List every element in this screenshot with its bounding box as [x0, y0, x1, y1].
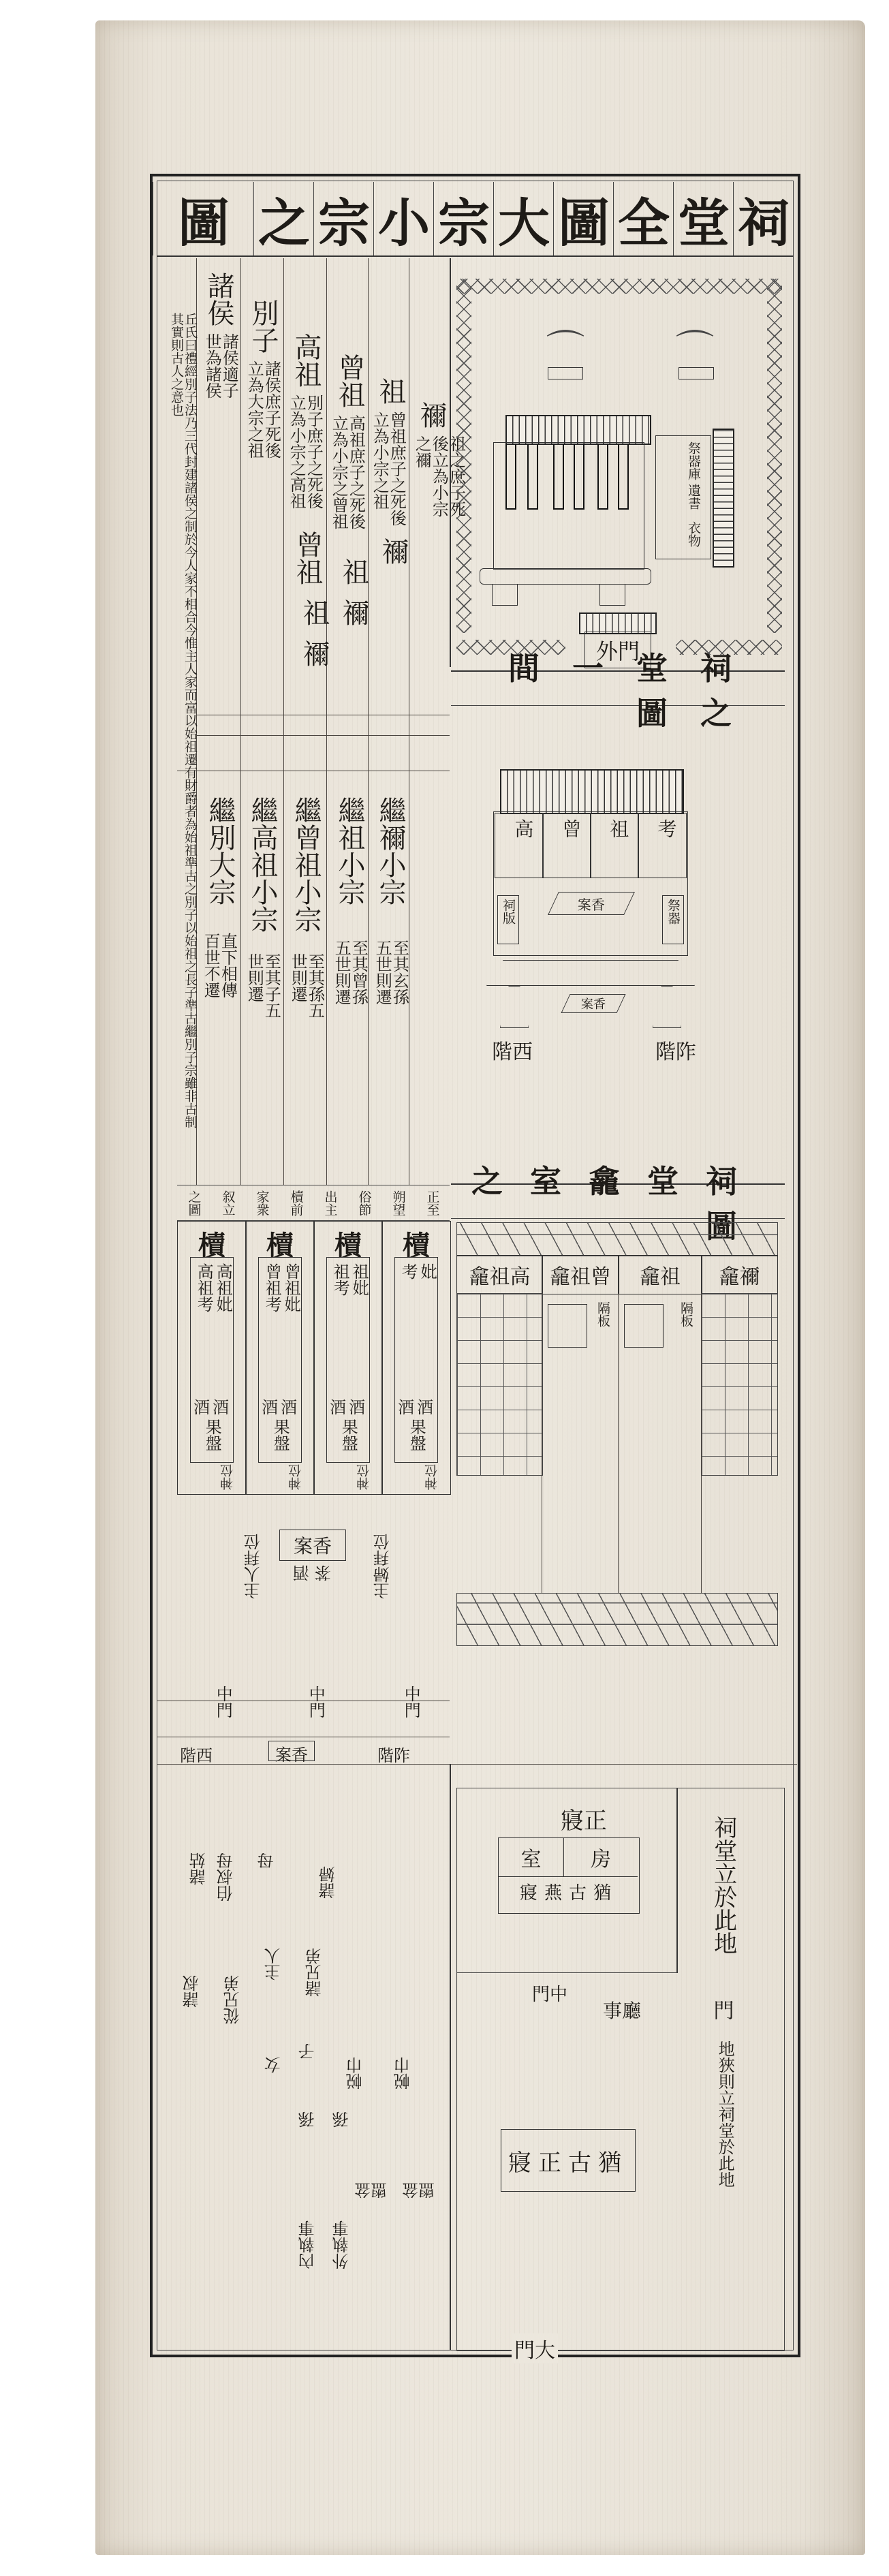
incense-table-label: 香案	[578, 894, 605, 914]
hostess-position: 主婦拜位	[375, 1534, 392, 1599]
ancestor-name: 祖考	[331, 1263, 348, 1296]
roof	[500, 769, 684, 814]
niche-zu: 祖龕	[618, 1255, 702, 1294]
succession-note: 至其玄孫五世則遷	[373, 940, 407, 1014]
succession-note: 至其子五世則遷	[245, 953, 279, 1028]
main-gate: 大門	[512, 2333, 558, 2363]
side-label: 衣物	[686, 521, 700, 547]
offering-fruit: 果盤	[271, 1418, 288, 1451]
header-phrase: 家衆	[253, 1190, 272, 1216]
offering-wine: 酒	[398, 1394, 414, 1418]
main-hall-label: 正寢	[518, 1802, 607, 1835]
side-building: 祭器庫 遺書 衣物	[655, 435, 711, 559]
side-roof	[713, 429, 734, 568]
offering-wine: 酒	[417, 1394, 433, 1418]
header-phrase: 叙立	[219, 1190, 238, 1216]
niche-room-title: 祠堂龕室之圖	[451, 1183, 785, 1219]
succession-title: 繼別大宗	[206, 796, 234, 912]
residence-plan: 正寢 室 房 猶古燕寢 祠堂立於此地 門 地狹則立祠堂於此地 中門 廳事 猶古正…	[456, 1788, 785, 2351]
tablet-kao: 考	[656, 819, 676, 838]
title-char: 之	[253, 182, 314, 255]
men-row-item: 諸叔	[184, 1975, 201, 2008]
chair-icon	[624, 1304, 664, 1348]
grandchild: 孫	[334, 2111, 351, 2128]
title-char: 大	[493, 182, 554, 255]
chain-char: 禰	[300, 640, 328, 667]
casket: 櫝 高祖妣 高祖考 酒 酒 果盤 神位	[177, 1221, 247, 1495]
niche-gaozu: 高祖龕	[456, 1255, 543, 1294]
incense-label: 香案	[294, 1532, 332, 1559]
offering-wine: 酒	[330, 1394, 346, 1418]
platform	[486, 960, 695, 986]
niche-zengzu: 曾祖龕	[542, 1255, 619, 1294]
side-cabinet-right: 祭器	[666, 899, 679, 925]
header-phrase: 之圖	[185, 1190, 204, 1216]
east-steps: 阼階	[655, 1035, 696, 1065]
casket: 櫝 曾祖妣 曾祖考 酒 酒 果盤 神位	[245, 1221, 315, 1495]
ceiling-lattice	[456, 1222, 778, 1256]
middle-gate: 中門	[307, 1686, 324, 1718]
partition-board: 隔板	[595, 1301, 609, 1327]
succession-note: 至其曾孫五世則遷	[332, 940, 366, 1014]
one-bay-shrine: 高 曾 祖 考 香案 祠版 祭器 香案 西階 阼階	[451, 708, 785, 1076]
caskets-row: 櫝 高祖妣 高祖考 酒 酒 果盤 神位 櫝 曾祖妣 曾祖考 酒 酒 果盤 神位 …	[177, 1220, 450, 1521]
wash-basin: 盥盆	[402, 2179, 435, 2203]
niche-ni: 禰龕	[701, 1255, 778, 1294]
chain-char: 祖	[300, 599, 328, 626]
room-fang: 房	[564, 1838, 638, 1877]
tablet-zengzu: 曾	[561, 819, 580, 838]
main-chamber-box: 猶古正寢	[501, 2129, 636, 2192]
women-row-item: 諸姑	[191, 1852, 208, 1885]
incense-table-box: 香案	[279, 1530, 346, 1561]
incense-table: 香案	[548, 892, 635, 915]
column-head-ni: 禰	[417, 401, 446, 429]
title-char: 全	[613, 182, 674, 255]
chain-char: 禰	[379, 538, 407, 565]
women-row-item: 諸婦	[320, 1866, 337, 1899]
shrine-here-note: 祠堂立於此地	[711, 1816, 735, 1955]
lattice-door-right	[701, 1293, 778, 1476]
column-note: 別子庶子之死後立為小宗之高祖	[287, 394, 322, 524]
offering-fruit: 果盤	[339, 1418, 356, 1451]
west-steps-shape	[500, 986, 529, 1028]
succession-title: 繼禰小宗	[376, 796, 405, 919]
succession-title: 繼高祖小宗	[248, 796, 277, 946]
spirit-position: 神位	[290, 1464, 303, 1490]
spirit-position: 神位	[221, 1464, 235, 1490]
spirit-position: 神位	[358, 1464, 371, 1490]
offering-fruit: 果盤	[407, 1418, 424, 1451]
column-head-biezi: 別子	[249, 299, 277, 354]
succession-note: 直下相傳百世不遷	[202, 933, 236, 1008]
one-bay-title: 祠堂一間之圖	[451, 670, 785, 706]
niche-label: 曾祖龕	[550, 1260, 611, 1290]
family-assembly: 諸姑 伯叔母 母 諸婦 諸叔 從兄弟 主人 諸兄弟 女 子 帨巾 帨巾 孫 孫 …	[163, 1771, 450, 2329]
youth-row-item: 帨巾	[395, 2057, 412, 2090]
ancestor-name: 曾祖妣	[282, 1263, 299, 1312]
offering-wine: 酒	[213, 1394, 229, 1418]
succession-title: 繼祖小宗	[335, 796, 364, 919]
column-note: 諸侯適子世為諸侯	[203, 333, 237, 401]
casket: 櫝 妣 考 酒 酒 果盤 神位	[381, 1221, 451, 1495]
pine-tree-icon: ⌒	[546, 320, 584, 374]
spirit-position: 神位	[426, 1464, 439, 1490]
header-phrase: 正至	[424, 1190, 442, 1216]
lower-incense-table: 香案	[561, 994, 625, 1013]
niche-room: 高祖龕 曾祖龕 祖龕 禰龕 隔板 隔板	[456, 1222, 781, 1655]
youth-row-item: 子	[300, 2043, 317, 2060]
offering-wine: 酒	[281, 1394, 297, 1418]
ancestor-name: 曾祖考	[263, 1263, 280, 1312]
west-steps: 西階	[492, 1035, 533, 1065]
women-row-item: 母	[259, 1852, 276, 1869]
header-phrase: 俗節	[356, 1190, 374, 1216]
east-steps-shape	[653, 986, 681, 1028]
ritual-header: 正至 朔望 俗節 出主 櫝前 家衆 叙立 之圖	[177, 1185, 450, 1221]
niche-label: 祖龕	[640, 1260, 681, 1290]
men-row-item: 諸兄弟	[307, 1948, 324, 1997]
casket: 櫝 祖妣 祖考 酒 酒 果盤 神位	[313, 1221, 383, 1495]
west-steps-bottom: 西階	[180, 1742, 213, 1766]
full-shrine-view: ⌒ ⌒ 祭器庫 遺書 衣物 外門	[450, 258, 788, 667]
header-phrase: 櫝前	[287, 1190, 306, 1216]
title-bar: 祠 堂 全 圖 大 宗 小 宗 之 圖	[157, 182, 794, 257]
note-column: 丘氏曰禮經別子法乃三代封建諸侯之制於今人家不相合今惟主人家而富以始祖遷有財爵者為…	[169, 313, 196, 1130]
chain-char: 曾祖	[293, 531, 322, 585]
middle-gate: 中門	[214, 1686, 231, 1718]
title-char: 堂	[673, 182, 734, 255]
women-row-item: 伯叔母	[218, 1852, 235, 1902]
title-char: 宗	[313, 182, 374, 255]
succession-note: 至其孫五世則遷	[289, 953, 323, 1028]
tree-planter	[679, 367, 714, 379]
title-char: 祠	[733, 182, 794, 255]
column-note: 高祖庶子之死後立為小宗之曾祖	[330, 415, 364, 544]
side-label: 遺書	[686, 484, 700, 510]
main-chamber-label: 猶古正寢	[508, 2144, 628, 2177]
niche-label: 禰龕	[719, 1260, 760, 1290]
partition-board: 隔板	[679, 1301, 692, 1327]
tablet-gaozu: 高	[513, 819, 533, 838]
lattice-door-left	[456, 1293, 543, 1476]
side-label: 祭器庫	[686, 441, 700, 480]
ancestor-name: 高祖考	[195, 1263, 212, 1312]
offering-wine: 酒	[262, 1394, 278, 1418]
grandchild: 孫	[300, 2111, 317, 2128]
offering-wine: 酒	[349, 1394, 365, 1418]
attendant: 外執事	[334, 2220, 351, 2269]
men-row-item: 主人	[266, 1948, 283, 1981]
shrine-platform	[480, 568, 651, 585]
ancestor-name: 妣	[418, 1263, 435, 1279]
title-char: 宗	[433, 182, 494, 255]
column-head-gaozu: 高祖	[292, 333, 320, 388]
ancestor-name: 祖妣	[350, 1263, 367, 1296]
tablet-zu: 祖	[608, 819, 628, 838]
offering-fruit: 果盤	[203, 1418, 220, 1451]
lower-table-label: 香案	[581, 995, 606, 1012]
title-char: 圖	[553, 182, 614, 255]
east-steps-bottom: 阼階	[377, 1742, 410, 1766]
header-phrase: 出主	[322, 1190, 340, 1216]
chain-char: 祖	[339, 558, 368, 585]
column-head-zu: 祖	[376, 377, 405, 405]
column-head-zhuhou: 諸侯	[204, 272, 233, 326]
tea-wine: 茶 酒	[293, 1562, 331, 1586]
host-position: 主人拜位	[245, 1534, 262, 1599]
offering-wine: 酒	[193, 1394, 210, 1418]
title-char: 小	[373, 182, 434, 255]
attendant: 內執事	[300, 2220, 317, 2269]
column-note: 曾祖庶子之死後立為小宗之祖	[371, 412, 405, 534]
title-char: 圖	[153, 182, 254, 255]
room-shi: 室	[499, 1838, 564, 1877]
middle-gate: 中門	[402, 1686, 419, 1718]
willow-tree-icon: ⌒	[676, 320, 714, 374]
shrine-roof	[505, 415, 651, 445]
chair-icon	[548, 1304, 587, 1348]
ancestor-name: 高祖妣	[214, 1263, 231, 1312]
side-cabinet-left: 祠版	[501, 899, 514, 925]
column-head-zengzu: 曾祖	[335, 354, 364, 408]
document-frame: 祠 堂 全 圖 大 宗 小 宗 之 圖 丘氏曰禮經別子法乃三代封建諸侯之制於今人…	[150, 174, 800, 2357]
column-note: 諸侯庶子死後立為大宗之祖	[245, 360, 279, 463]
narrow-land-note: 地狹則立祠堂於此地	[716, 2040, 733, 2188]
tree-planter	[548, 367, 583, 379]
lineage-chart: 丘氏曰禮經別子法乃三代封建諸侯之制於今人家不相合今惟主人家而富以始祖遷有財爵者為…	[157, 258, 450, 1185]
floor-lattice	[456, 1593, 778, 1646]
header-phrase: 朔望	[390, 1190, 408, 1216]
men-row-item: 從兄弟	[225, 1975, 242, 2024]
youth-row-item: 女	[266, 2057, 283, 2073]
incense-table-bottom: 香案	[268, 1741, 315, 1761]
succession-title: 繼曾祖小宗	[292, 796, 320, 946]
youth-row-item: 帨巾	[347, 2057, 364, 2090]
wash-basin: 盥盆	[354, 2179, 387, 2203]
niche-label: 高祖龕	[469, 1260, 531, 1290]
hall-label: 廳事	[505, 1996, 641, 2023]
ancient-yanqin-note: 猶古燕寢	[499, 1879, 639, 1904]
ancestor-name: 考	[399, 1263, 416, 1279]
room-box: 室 房 猶古燕寢	[498, 1837, 640, 1914]
chain-char: 禰	[339, 599, 368, 626]
side-gate: 門	[711, 2000, 732, 2020]
